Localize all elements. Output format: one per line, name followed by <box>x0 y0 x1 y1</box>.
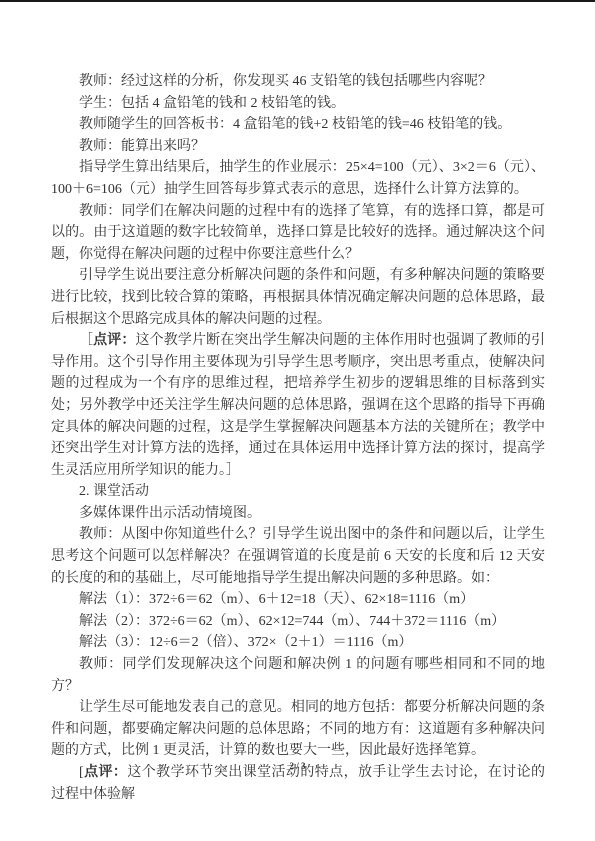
paragraph-teacher-question-1: 教师：经过这样的分析，你发现买 46 支铅笔的钱包括哪些内容呢？ <box>51 71 545 93</box>
paragraph-teacher-summary: 教师：同学们在解决问题的过程中有的选择了笔算，有的选择口算，都是可以的。由于这道… <box>51 201 545 266</box>
comment-open-bracket: ［ <box>79 333 93 348</box>
comment-text: 这个教学片断在突出学生解决问题的主体作用时也强调了教师的引导作用。这个引导作用主… <box>51 333 545 478</box>
paragraph-comment-1: ［点评：这个教学片断在突出学生解决问题的主体作用时也强调了教师的引导作用。这个引… <box>51 330 545 481</box>
paragraph-work-display: 指导学生算出结果后，抽学生的作业展示：25×4=100（元）、3×2＝6（元）、… <box>51 157 545 200</box>
paragraph-teacher-question-3: 教师：从图中你知道些什么？引导学生说出图中的条件和问题以后，让学生思考这个问题可… <box>51 524 545 589</box>
paragraph-multimedia: 多媒体课件出示活动情境图。 <box>51 503 545 525</box>
document-page: 教师：经过这样的分析，你发现买 46 支铅笔的钱包括哪些内容呢？ 学生：包括 4… <box>0 0 595 841</box>
top-border-line <box>0 0 595 2</box>
paragraph-guidance: 引导学生说出要注意分析解决问题的条件和问题，有多种解决问题的策略要进行比较，找到… <box>51 265 545 330</box>
paragraph-teacher-question-4: 教师：同学们发现解决这个问题和解决例 1 的问题有哪些相同和不同的地方？ <box>51 654 545 697</box>
paragraph-student-discussion: 让学生尽可能地发表自己的意见。相同的地方包括：都要分析解决问题的条件和问题，都要… <box>51 697 545 762</box>
paragraph-section-heading: 2. 课堂活动 <box>51 481 545 503</box>
paragraph-solution-3: 解法（3）：12÷6＝2（倍）、372×（2＋1）＝1116（m） <box>51 632 545 654</box>
paragraph-solution-2: 解法（2）：372÷6＝62（m）、62×12=744（m）、744＋372＝1… <box>51 611 545 633</box>
document-body: 教师：经过这样的分析，你发现买 46 支铅笔的钱包括哪些内容呢？ 学生：包括 4… <box>51 71 545 805</box>
paragraph-board-writing: 教师随学生的回答板书：4 盒铅笔的钱+2 枝铅笔的钱=46 枝铅笔的钱。 <box>51 114 545 136</box>
paragraph-teacher-question-2: 教师：能算出来吗？ <box>51 136 545 158</box>
comment-label: 点评： <box>93 333 135 348</box>
footer-page-indicator: 2 / 3 <box>0 761 595 771</box>
paragraph-solution-1: 解法（1）：372÷6＝62（m）、6＋12=18（天）、62×18=1116（… <box>51 589 545 611</box>
paragraph-student-answer: 学生：包括 4 盒铅笔的钱和 2 枝铅笔的钱。 <box>51 93 545 115</box>
